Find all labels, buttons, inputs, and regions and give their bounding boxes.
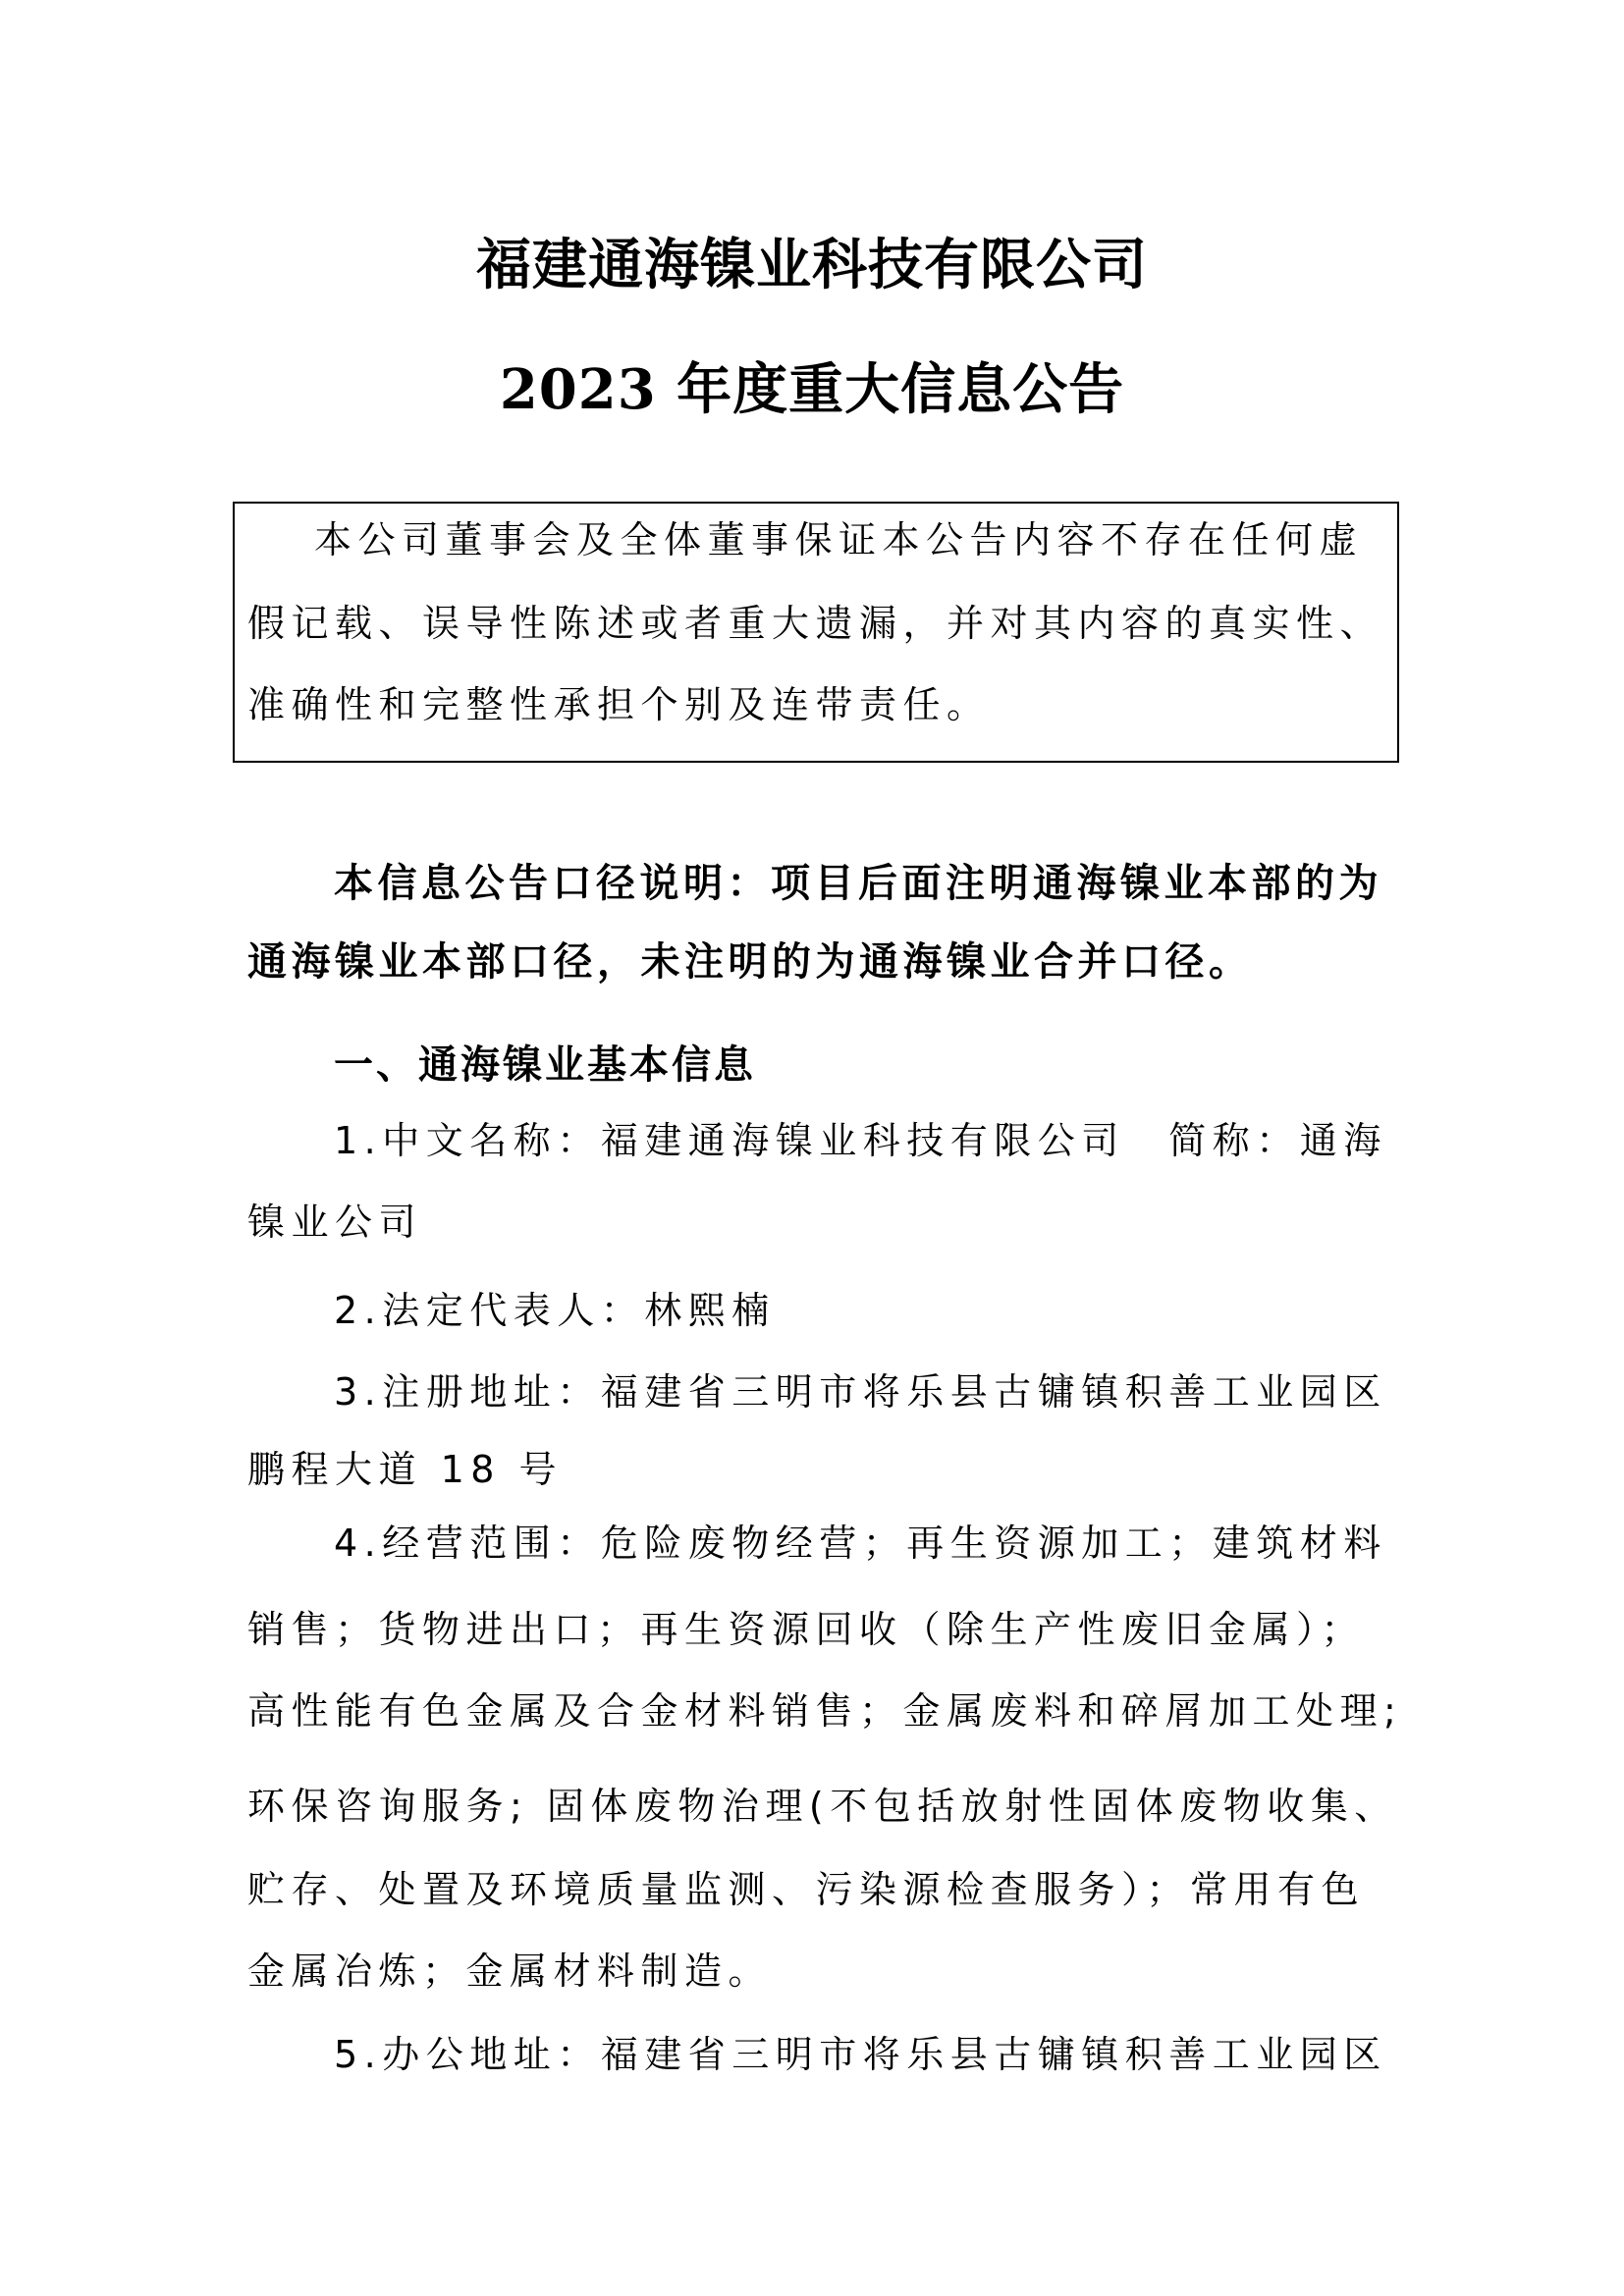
info-chinese-name: 1.中文名称：福建通海镍业科技有限公司 简称：通海 (334, 1119, 1387, 1162)
info-business-scope-cont-1: 销售；货物进出口；再生资源回收（除生产性废旧金属）； (247, 1608, 1365, 1651)
disclaimer-line-1: 本公司董事会及全体董事保证本公告内容不存在任何虚 (314, 518, 1363, 561)
scope-note-line-1: 本信息公告口径说明：项目后面注明通海镍业本部的为 (334, 862, 1382, 905)
info-business-scope: 4.经营范围：危险废物经营；再生资源加工；建筑材料 (334, 1522, 1387, 1565)
info-business-scope-cont-4: 贮存、处置及环境质量监测、污染源检查服务）；常用有色 (247, 1868, 1365, 1911)
scope-note-line-2: 通海镍业本部口径，未注明的为通海镍业合并口径。 (247, 940, 1253, 984)
info-business-scope-cont-3: 环保咨询服务; 固体废物治理(不包括放射性固体废物收集、 (247, 1785, 1398, 1828)
info-office-address: 5.办公地址：福建省三明市将乐县古镛镇积善工业园区 (334, 2033, 1387, 2076)
info-business-scope-cont-5: 金属冶炼；金属材料制造。 (247, 1949, 772, 1993)
document-page: 福建通海镍业科技有限公司 2023 年度重大信息公告 本公司董事会及全体董事保证… (0, 0, 1624, 2296)
info-business-scope-cont-2: 高性能有色金属及合金材料销售；金属废料和碎屑加工处理; (247, 1689, 1402, 1733)
info-registered-address-cont: 鹏程大道 18 号 (247, 1448, 563, 1491)
info-registered-address: 3.注册地址：福建省三明市将乐县古镛镇积善工业园区 (334, 1370, 1387, 1414)
document-title-company: 福建通海镍业科技有限公司 (0, 234, 1624, 296)
info-chinese-name-cont: 镍业公司 (247, 1201, 422, 1244)
disclaimer-line-2: 假记载、误导性陈述或者重大遗漏，并对其内容的真实性、 (247, 602, 1383, 645)
disclaimer-line-3: 准确性和完整性承担个别及连带责任。 (247, 683, 991, 726)
info-legal-representative: 2.法定代表人：林熙楠 (334, 1289, 776, 1332)
document-title-announcement: 2023 年度重大信息公告 (0, 358, 1624, 421)
section-heading-basic-info: 一、通海镍业基本信息 (334, 1043, 756, 1087)
